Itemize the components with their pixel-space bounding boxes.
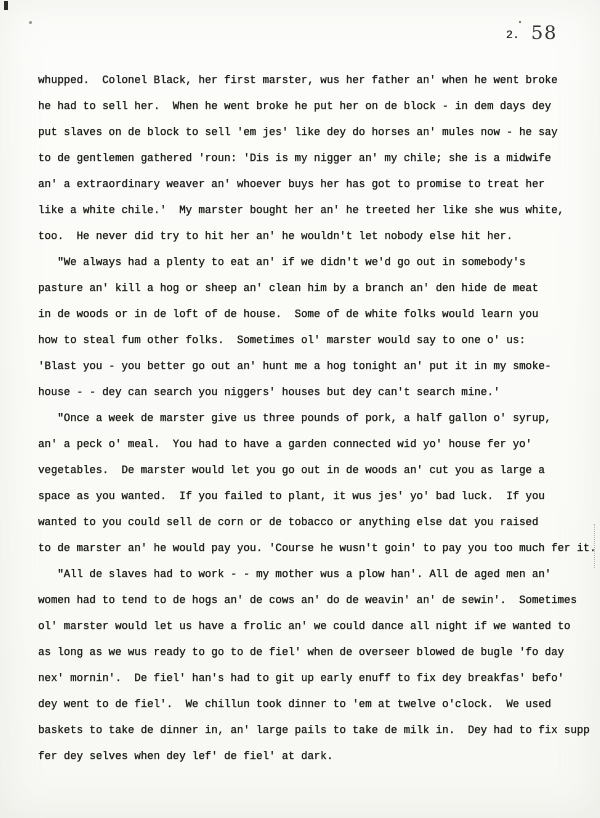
text-line: pasture an' kill a hog or sheep an' clea…: [38, 276, 600, 302]
folio-stamp-number: 58: [531, 22, 557, 44]
text-line: dey went to de fiel'. We chillun took di…: [38, 692, 600, 718]
scan-artifact-speck: [4, 1, 8, 10]
text-line: fer dey selves when dey lef' de fiel' at…: [38, 744, 600, 770]
text-line: an' a peck o' meal. You had to have a ga…: [38, 432, 600, 458]
text-line: whupped. Colonel Black, her first marste…: [38, 68, 600, 94]
text-line: "Once a week de marster give us three po…: [38, 406, 600, 432]
text-line: space as you wanted. If you failed to pl…: [38, 484, 600, 510]
text-line: 'Blast you - you better go out an' hunt …: [38, 354, 600, 380]
text-line: in de woods or in de loft of de house. S…: [38, 302, 600, 328]
text-line: wanted to you could sell de corn or de t…: [38, 510, 600, 536]
scanned-document-page: 2. 58 whupped. Colonel Black, her first …: [0, 0, 600, 818]
text-line: house - - dey can search you niggers' ho…: [38, 380, 600, 406]
text-line: women had to tend to de hogs an' de cows…: [38, 588, 600, 614]
page-number: 2.: [506, 30, 519, 42]
text-line: ol' marster would let us have a frolic a…: [38, 614, 600, 640]
text-line: baskets to take de dinner in, an' large …: [38, 718, 600, 744]
text-line: to de gentlemen gathered 'roun: 'Dis is …: [38, 146, 600, 172]
text-line: "We always had a plenty to eat an' if we…: [38, 250, 600, 276]
text-line: nex' mornin'. De fiel' han's had to git …: [38, 666, 600, 692]
text-line: he had to sell her. When he went broke h…: [38, 94, 600, 120]
text-line: "All de slaves had to work - - my mother…: [38, 562, 600, 588]
typewritten-text-block: whupped. Colonel Black, her first marste…: [38, 68, 600, 770]
text-line: too. He never did try to hit her an' he …: [38, 224, 600, 250]
text-line: to de marster an' he would pay you. 'Cou…: [38, 536, 600, 562]
text-line: like a white chile.' My marster bought h…: [38, 198, 600, 224]
text-line: an' a extraordinary weaver an' whoever b…: [38, 172, 600, 198]
scan-artifact-speck: [519, 21, 521, 23]
scan-artifact-speck: [29, 21, 32, 24]
text-line: as long as we wus ready to go to de fiel…: [38, 640, 600, 666]
text-line: vegetables. De marster would let you go …: [38, 458, 600, 484]
text-line: put slaves on de block to sell 'em jes' …: [38, 120, 600, 146]
text-line: how to steal fum other folks. Sometimes …: [38, 328, 600, 354]
